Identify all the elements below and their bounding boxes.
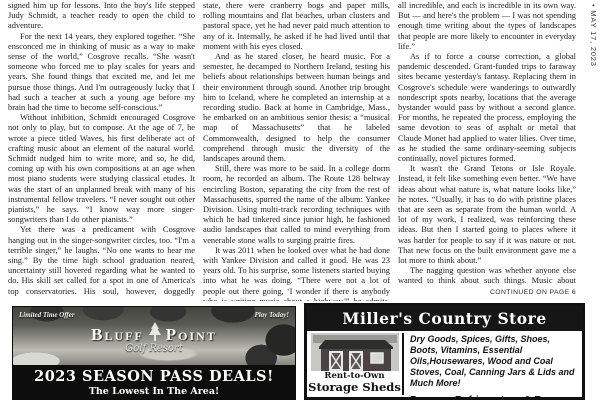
golf-course-photo: Limited Time Offer Play Today! Bluff Poi… <box>13 307 295 367</box>
paragraph: The nagging question was whether anyone … <box>398 266 576 285</box>
millers-ad-body: Rent-to-Own Storage Sheds Dry Goods, Spi… <box>307 331 582 397</box>
season-pass-headline: 2023 SEASON PASS DEALS! <box>13 368 295 385</box>
article-column-2: state, there were cranberry bogs and pap… <box>203 1 390 301</box>
article-column-3: all incredible, and each is incredible i… <box>398 1 576 285</box>
paragraph: As if to force a course correction, a gl… <box>398 52 576 164</box>
paragraph: For the next 14 years, they explored tog… <box>8 32 195 114</box>
paragraph: And as he stared closer, he heard music.… <box>203 52 390 164</box>
paragraph: Yet there was a predicament with Cosgrov… <box>8 225 195 297</box>
season-pass-subheadline: The Lowest In The Area! <box>13 386 295 397</box>
paragraph: signed him up for lessons. Into the boy'… <box>8 1 195 32</box>
paragraph: It was 2011 when he looked over what he … <box>203 246 390 301</box>
resort-name-left: Bluff <box>91 325 144 345</box>
millers-country-store-ad: Miller's Country Store <box>304 303 585 400</box>
paragraph: all incredible, and each is incredible i… <box>398 1 576 52</box>
resort-subtitle: Golf Resort <box>13 343 295 354</box>
storage-shed-section: Rent-to-Own Storage Sheds <box>307 331 402 397</box>
newspaper-page: signed him up for lessons. Into the boy'… <box>0 0 600 400</box>
paragraph: state, there were cranberry bogs and pap… <box>203 1 390 52</box>
paragraph: It wasn't the Grand Tetons or Isle Royal… <box>398 164 576 266</box>
play-today-tag: Play Today! <box>254 311 289 319</box>
goods-list-text: Dry Goods, Spices, Gifts, Shoes, Boots, … <box>410 334 578 389</box>
propane-text: Propane Refrigerators & Ranges <box>410 394 578 400</box>
paragraph: Still, there was more to be said. In a c… <box>203 164 390 246</box>
shed-caption-line2: Storage Sheds <box>307 380 402 394</box>
season-pass-band: 2023 SEASON PASS DEALS! The Lowest In Th… <box>13 365 295 399</box>
edition-date: • MAY 17, 2023 <box>589 4 598 67</box>
storage-shed-photo <box>311 333 399 371</box>
millers-title: Miller's Country Store <box>342 309 546 328</box>
paragraph: Without inhibition, Schmidt encouraged C… <box>8 113 195 225</box>
resort-name-right: Point <box>166 325 217 345</box>
goods-section: Dry Goods, Spices, Gifts, Shoes, Boots, … <box>404 331 582 397</box>
article-column-1: signed him up for lessons. Into the boy'… <box>8 1 195 297</box>
limited-time-offer-tag: Limited Time Offer <box>19 311 75 319</box>
millers-title-band: Miller's Country Store <box>307 306 582 331</box>
continued-on-page-note: CONTINUED ON PAGE 6 <box>398 289 576 296</box>
bluff-point-ad: Limited Time Offer Play Today! Bluff Poi… <box>12 306 296 400</box>
